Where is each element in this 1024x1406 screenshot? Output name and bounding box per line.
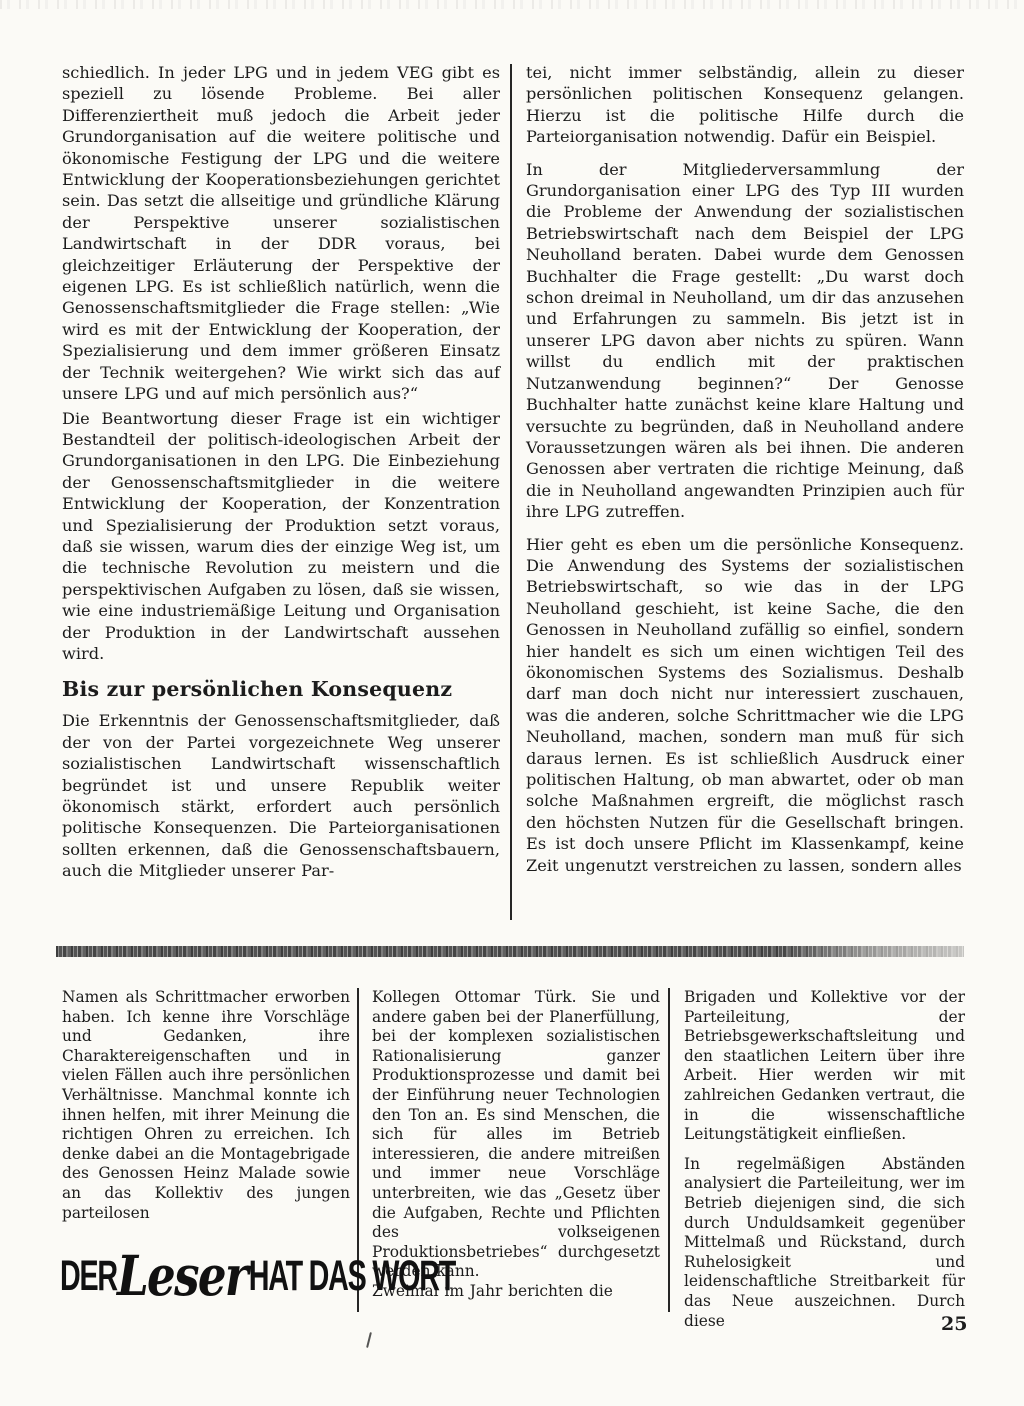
paragraph: Kollegen Ottomar Türk. Sie und andere ga… [372,988,660,1282]
paragraph: Namen als Schrittmacher erworben haben. … [62,988,350,1223]
paragraph: Die Beantwortung dieser Frage ist ein wi… [62,408,500,665]
logo-script-leser: Leser [117,1243,247,1308]
paragraph: tei, nicht immer selbständig, allein zu … [526,62,964,148]
bottom-column-3: Brigaden und Kollektive vor der Parteile… [684,988,965,1331]
paragraph: Die Erkenntnis der Genossenschaftsmitgli… [62,710,500,881]
logo-text-hat-das-wort: HAT DAS WORT [249,1252,455,1301]
logo-text-der: DER [60,1252,117,1301]
column-divider-rule [668,988,670,1312]
bottom-column-1: Namen als Schrittmacher erworben haben. … [62,988,350,1223]
section-divider-band [56,946,964,957]
page-number: 25 [941,1313,967,1335]
scan-noise-band [0,0,1024,9]
paragraph: Brigaden und Kollektive vor der Parteile… [684,988,965,1145]
magazine-page: schiedlich. In jeder LPG und in jedem VE… [0,0,1024,1406]
paragraph: In der Mitgliederversammlung der Grundor… [526,159,964,523]
paragraph: schiedlich. In jeder LPG und in jedem VE… [62,62,500,405]
paragraph: In regelmäßigen Abständen analysiert die… [684,1155,965,1331]
column-divider-rule [510,64,512,920]
section-heading: Bis zur persönlichen Konsequenz [62,677,500,701]
top-right-column: tei, nicht immer selbständig, allein zu … [526,62,964,887]
top-left-column: schiedlich. In jeder LPG und in jedem VE… [62,62,500,882]
scan-artifact-mark [366,1332,372,1348]
der-leser-hat-das-wort-logo: DER Leser HAT DAS WORT [60,1240,306,1302]
paragraph: Hier geht es eben um die persönliche Kon… [526,534,964,877]
